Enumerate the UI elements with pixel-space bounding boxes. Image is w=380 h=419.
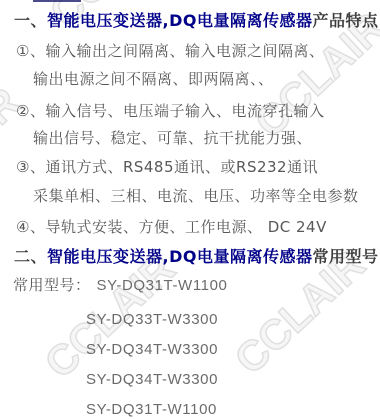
feature-1-line-2: 输出电源之间不隔离、即两隔离、、: [33, 68, 274, 89]
product-description-page: CCLAIR CCLAIR CCLAIR CCLAIR CCLAIR 一、智能电…: [0, 0, 380, 419]
feature-3-line-2: 采集单相、三相、电流、电压、功率等全电参数: [33, 185, 359, 206]
model-number: SY-DQ31T-W1100: [86, 401, 217, 418]
feature-2-line-2: 输出信号、稳定、可靠、抗干扰能力强、: [33, 127, 312, 148]
model-number: SY-DQ34T-W3300: [86, 341, 218, 358]
feature-2-line-1: ②、输入信号、电压端子输入、电流穿孔输入: [16, 100, 324, 121]
section2-product-name: 智能电压变送器,DQ电量隔离传感器: [47, 247, 312, 266]
model-list-label: 常用型号：: [13, 276, 91, 294]
feature-4-line-1: ④、导轨式安装、方便、工作电源、 DC 24V: [16, 216, 327, 237]
section2-heading: 二、智能电压变送器,DQ电量隔离传感器常用型号: [14, 244, 379, 267]
model-number: SY-DQ31T-W1100: [97, 277, 228, 294]
feature-1-line-1: ①、输入输出之间隔离、输入电源之间隔离、: [16, 40, 324, 61]
clipped-text-remnant: [33, 0, 81, 2]
section1-heading-number: 一、: [14, 11, 47, 30]
section2-heading-number: 二、: [14, 247, 47, 266]
section1-heading-suffix: 产品特点: [312, 11, 378, 30]
model-number: SY-DQ33T-W3300: [86, 311, 218, 328]
model-row: 常用型号：SY-DQ31T-W1100: [13, 274, 227, 295]
section1-product-name: 智能电压变送器,DQ电量隔离传感器: [47, 11, 312, 30]
model-number: SY-DQ34T-W3300: [86, 371, 218, 388]
feature-3-line-1: ③、通讯方式、RS485通讯、或RS232通讯: [16, 156, 318, 177]
section2-heading-suffix: 常用型号: [312, 247, 378, 266]
section1-heading: 一、智能电压变送器,DQ电量隔离传感器产品特点: [14, 8, 379, 31]
